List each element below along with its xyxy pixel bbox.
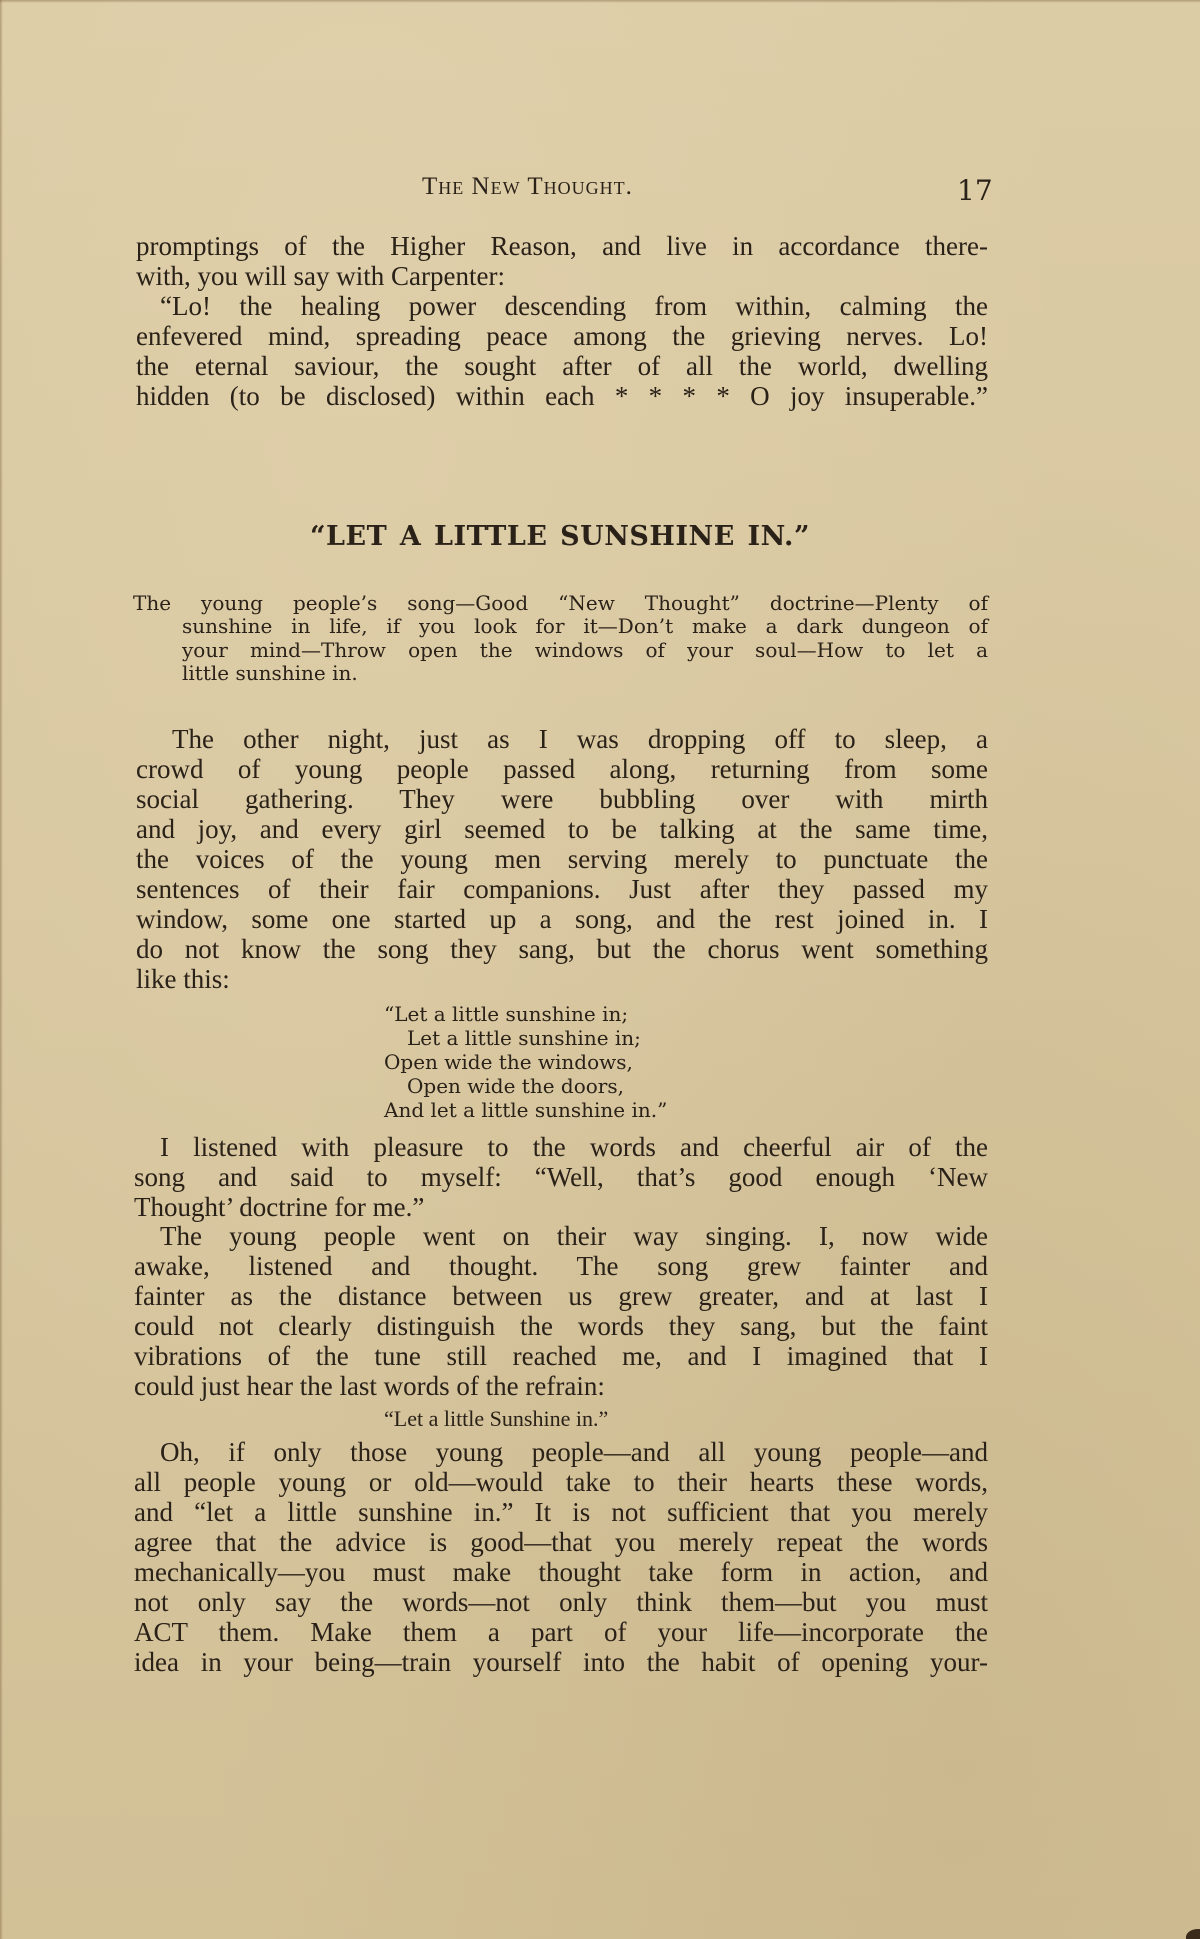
text-line: social gathering. They were bubbling ove… xyxy=(136,784,988,814)
text-line: I listened with pleasure to the words an… xyxy=(160,1132,988,1162)
text-line: song and said to myself: “Well, that’s g… xyxy=(134,1162,988,1192)
text-line: “Lo! the healing power descending from w… xyxy=(160,291,988,321)
text-line: the voices of the young men serving mere… xyxy=(136,844,988,874)
text-line: promptings of the Higher Reason, and liv… xyxy=(136,231,988,261)
text-line: crowd of young people passed along, retu… xyxy=(136,754,988,784)
book-page: The New Thought. 17 promptings of the Hi… xyxy=(0,0,1200,1939)
text-line: could not clearly distinguish the words … xyxy=(134,1311,988,1341)
page-number: 17 xyxy=(957,174,993,207)
summary-line: sunshine in life, if you look for it—Don… xyxy=(182,614,988,638)
text-line: vibrations of the tune still reached me,… xyxy=(134,1341,988,1371)
text-line: and “let a little sunshine in.” It is no… xyxy=(134,1497,988,1527)
text-line: Oh, if only those young people—and all y… xyxy=(160,1437,988,1467)
text-line: like this: xyxy=(136,964,988,994)
text-line: awake, listened and thought. The song gr… xyxy=(134,1251,988,1281)
text-line: and joy, and every girl seemed to be tal… xyxy=(136,814,988,844)
text-line: with, you will say with Carpenter: xyxy=(136,261,988,291)
chapter-title: “LET A LITTLE SUNSHINE IN.” xyxy=(310,521,810,552)
running-title: The New Thought. xyxy=(422,173,702,201)
refrain-quote: “Let a little Sunshine in.” xyxy=(384,1405,608,1433)
text-line: fainter as the distance between us grew … xyxy=(134,1281,988,1311)
text-line: The young people went on their way singi… xyxy=(160,1221,988,1251)
summary-line: The young people’s song—Good “New Though… xyxy=(133,591,988,615)
text-line: window, some one started up a song, and … xyxy=(136,904,988,934)
text-line: mechanically—you must make thought take … xyxy=(134,1557,988,1587)
text-line: not only say the words—not only think th… xyxy=(134,1587,988,1617)
text-line: sentences of their fair companions. Just… xyxy=(136,874,988,904)
summary-line: your mind—Throw open the windows of your… xyxy=(182,638,988,662)
text-line: idea in your being—train yourself into t… xyxy=(134,1647,988,1677)
text-line: could just hear the last words of the re… xyxy=(134,1371,988,1401)
text-line: hidden (to be disclosed) within each * *… xyxy=(136,381,988,411)
text-line: The other night, just as I was dropping … xyxy=(172,724,988,754)
text-line: the eternal saviour, the sought after of… xyxy=(136,351,988,381)
text-line: enfevered mind, spreading peace among th… xyxy=(136,321,988,351)
text-line: Thought’ doctrine for me.” xyxy=(134,1192,988,1222)
page-edge-top xyxy=(0,0,1200,3)
page-corner xyxy=(1186,1929,1200,1939)
text-line: all people young or old—would take to th… xyxy=(134,1467,988,1497)
text-line: ACT them. Make them a part of your life—… xyxy=(134,1617,988,1647)
text-line: agree that the advice is good—that you m… xyxy=(134,1527,988,1557)
text-line: do not know the song they sang, but the … xyxy=(136,934,988,964)
page-edge-left xyxy=(0,0,3,1939)
summary-line: little sunshine in. xyxy=(182,661,988,685)
poem-line: And let a little sunshine in.” xyxy=(384,1096,667,1124)
